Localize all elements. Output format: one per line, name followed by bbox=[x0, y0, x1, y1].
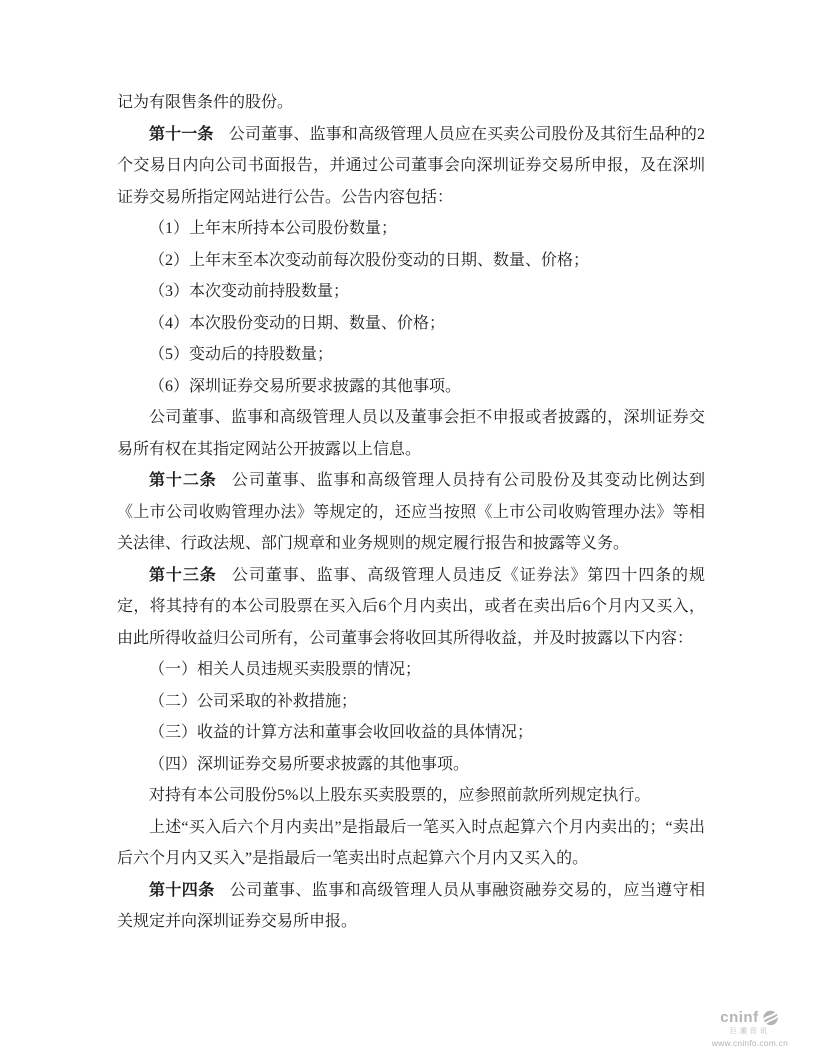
paragraph-text: （三）收益的计算方法和董事会收回收益的具体情况； bbox=[149, 724, 533, 741]
paragraph-text: 公司董事、监事和高级管理人员以及董事会拒不申报或者披露的，深圳证券交易所有权在其… bbox=[117, 409, 705, 458]
paragraph: （3）本次变动前持股数量； bbox=[117, 276, 705, 308]
paragraph: 对持有本公司股份5%以上股东买卖股票的，应参照前款所列规定执行。 bbox=[117, 780, 705, 812]
paragraph-text: 记为有限售条件的股份。 bbox=[117, 94, 293, 111]
paragraph-text: （一）相关人员违规买卖股票的情况； bbox=[149, 661, 421, 678]
paragraph: （4）本次股份变动的日期、数量、价格； bbox=[117, 308, 705, 340]
cninfo-logo-row: cninf bbox=[712, 1008, 788, 1027]
article-number: 第十四条 bbox=[149, 882, 230, 899]
article-paragraph: 第十一条公司董事、监事和高级管理人员应在买卖公司股份及其衍生品种的2个交易日内向… bbox=[117, 119, 705, 214]
paragraph-text: （6）深圳证券交易所要求披露的其他事项。 bbox=[149, 378, 461, 395]
paragraph-text: （二）公司采取的补救措施； bbox=[149, 693, 357, 710]
paragraph-text: （1）上年末所持本公司股份数量； bbox=[149, 220, 397, 237]
paragraph-text: 对持有本公司股份5%以上股东买卖股票的，应参照前款所列规定执行。 bbox=[149, 787, 650, 804]
article-paragraph: 第十三条公司董事、监事、高级管理人员违反《证券法》第四十四条的规定，将其持有的本… bbox=[117, 560, 705, 655]
paragraph-text: （3）本次变动前持股数量； bbox=[149, 283, 349, 300]
article-paragraph: 第十二条公司董事、监事和高级管理人员持有公司股份及其变动比例达到《上市公司收购管… bbox=[117, 465, 705, 560]
paragraph: （1）上年末所持本公司股份数量； bbox=[117, 213, 705, 245]
article-number: 第十三条 bbox=[149, 567, 232, 584]
paragraph: 公司董事、监事和高级管理人员以及董事会拒不申报或者披露的，深圳证券交易所有权在其… bbox=[117, 402, 705, 465]
paragraph-text: （2）上年末至本次变动前每次股份变动的日期、数量、价格； bbox=[149, 252, 589, 269]
paragraph: （四）深圳证券交易所要求披露的其他事项。 bbox=[117, 749, 705, 781]
paragraph: （2）上年末至本次变动前每次股份变动的日期、数量、价格； bbox=[117, 245, 705, 277]
paragraph: （三）收益的计算方法和董事会收回收益的具体情况； bbox=[117, 717, 705, 749]
article-paragraph: 第十四条公司董事、监事和高级管理人员从事融资融券交易的，应当遵守相关规定并向深圳… bbox=[117, 875, 705, 938]
cninfo-logo-url: www.cninfo.com.cn bbox=[712, 1038, 788, 1048]
document-page: 记为有限售条件的股份。第十一条公司董事、监事和高级管理人员应在买卖公司股份及其衍… bbox=[0, 0, 816, 1056]
article-number: 第十一条 bbox=[149, 126, 229, 143]
paragraph: 记为有限售条件的股份。 bbox=[117, 87, 705, 119]
paragraph-text: （四）深圳证券交易所要求披露的其他事项。 bbox=[149, 756, 469, 773]
paragraph: （6）深圳证券交易所要求披露的其他事项。 bbox=[117, 371, 705, 403]
paragraph-text: （4）本次股份变动的日期、数量、价格； bbox=[149, 315, 445, 332]
cninfo-logo-subtext: 巨潮资讯 bbox=[712, 1028, 788, 1036]
paragraph: （二）公司采取的补救措施； bbox=[117, 686, 705, 718]
paragraph-text: （5）变动后的持股数量； bbox=[149, 346, 333, 363]
article-number: 第十二条 bbox=[149, 472, 232, 489]
cninfo-swirl-icon bbox=[761, 1008, 780, 1027]
cninfo-logo-text: cninf bbox=[720, 1010, 758, 1025]
document-body: 记为有限售条件的股份。第十一条公司董事、监事和高级管理人员应在买卖公司股份及其衍… bbox=[117, 87, 705, 938]
paragraph: 上述“买入后六个月内卖出”是指最后一笔买入时点起算六个月内卖出的；“卖出后六个月… bbox=[117, 812, 705, 875]
cninfo-watermark: cninf 巨潮资讯 www.cninfo.com.cn bbox=[712, 1008, 788, 1048]
paragraph-text: 上述“买入后六个月内卖出”是指最后一笔买入时点起算六个月内卖出的；“卖出后六个月… bbox=[117, 819, 705, 868]
paragraph: （一）相关人员违规买卖股票的情况； bbox=[117, 654, 705, 686]
paragraph: （5）变动后的持股数量； bbox=[117, 339, 705, 371]
